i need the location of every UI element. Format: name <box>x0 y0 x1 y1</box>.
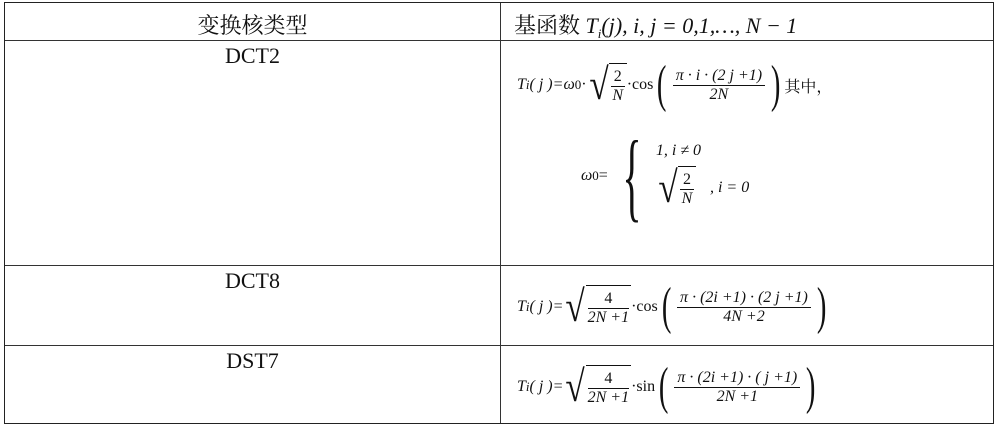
radical-sign-icon: √ <box>658 166 677 210</box>
case-one: 1, i ≠ 0 <box>656 142 749 160</box>
case-two-condition: , i = 0 <box>710 179 749 197</box>
radical-sign-icon: √ <box>566 365 585 409</box>
function-name: cos <box>632 76 653 94</box>
omega-symbol: ω <box>563 76 574 94</box>
sqrt-expression: √2N <box>656 166 696 210</box>
sqrt-expression: √42N +1 <box>563 285 631 329</box>
lhs-args: ( j )= <box>530 378 564 396</box>
header-T-symbol: T <box>586 13 598 38</box>
sqrt-denominator: 2N +1 <box>588 389 629 407</box>
argument-fraction: π · (2i +1) · ( j +1)2N +1 <box>674 369 800 405</box>
T-symbol: T <box>517 76 526 94</box>
header-divider <box>5 40 993 41</box>
sqrt-numerator: 2 <box>611 68 625 87</box>
radical-sign-icon: √ <box>589 63 608 107</box>
function-name: sin <box>636 378 655 396</box>
argument-denominator: 4N +2 <box>677 308 811 326</box>
sqrt-denominator: N <box>680 190 694 208</box>
lhs-args: ( j )= <box>530 298 564 316</box>
right-paren-icon: ) <box>806 361 816 413</box>
sqrt-numerator: 4 <box>588 290 629 309</box>
left-paren-icon: ( <box>657 59 667 111</box>
lhs-args: ( j )= <box>530 76 564 94</box>
row-dct8-type: DCT8 <box>5 268 500 294</box>
header-basis-function: 基函数 Ti(j), i, j = 0,1,…, N − 1 <box>502 9 993 39</box>
radical-sign-icon: √ <box>566 285 585 329</box>
header-kernel-type: 变换核类型 <box>5 9 500 39</box>
dct8-formula: Ti( j )= √42N +1 · cos ( π · (2i +1) · (… <box>517 275 830 339</box>
case-two: √2N , i = 0 <box>656 166 749 210</box>
kernel-type-label: DCT8 <box>225 268 280 293</box>
argument-fraction: π · i · (2 j +1)2N <box>673 67 765 103</box>
sqrt-denominator: N <box>611 87 625 105</box>
right-paren-icon: ) <box>817 281 827 333</box>
argument-numerator: π · (2i +1) · ( j +1) <box>674 369 800 388</box>
argument-fraction: π · (2i +1) · (2 j +1)4N +2 <box>677 289 811 325</box>
row-dct2-type: DCT2 <box>5 43 500 69</box>
kernel-type-label: DCT2 <box>225 43 280 68</box>
T-symbol: T <box>517 298 526 316</box>
omega-symbol: ω <box>581 167 592 185</box>
row-divider-2 <box>5 345 993 346</box>
equals-sign: = <box>599 167 608 185</box>
argument-numerator: π · i · (2 j +1) <box>673 67 765 86</box>
argument-denominator: 2N +1 <box>674 388 800 406</box>
row-dst7-type: DST7 <box>5 348 500 374</box>
left-paren-icon: ( <box>659 361 669 413</box>
sqrt-denominator: 2N +1 <box>588 309 629 327</box>
formula-suffix: 其中， <box>784 74 832 97</box>
function-name: cos <box>636 298 657 316</box>
transform-kernel-table: 变换核类型 基函数 Ti(j), i, j = 0,1,…, N − 1 DCT… <box>4 2 994 424</box>
dst7-formula: Ti( j )= √42N +1 · sin ( π · (2i +1) · (… <box>517 355 820 419</box>
kernel-type-label: DST7 <box>226 348 279 373</box>
header-basis-range: (j), i, j = 0,1,…, N − 1 <box>601 13 797 38</box>
sqrt-numerator: 2 <box>680 171 694 190</box>
omega-definition: ω0= { 1, i ≠ 0 √2N , i = 0 <box>581 121 749 231</box>
right-paren-icon: ) <box>771 59 781 111</box>
header-kernel-type-label: 变换核类型 <box>197 13 307 38</box>
row-divider-1 <box>5 265 993 266</box>
left-brace-icon: { <box>622 126 641 226</box>
argument-denominator: 2N <box>673 86 765 104</box>
sqrt-expression: √42N +1 <box>563 365 631 409</box>
column-divider <box>500 3 501 423</box>
header-basis-label: 基函数 <box>514 13 586 38</box>
dct2-formula: Ti( j )= ω0 · √2N · cos ( π · i · (2 j +… <box>517 53 832 117</box>
sqrt-numerator: 4 <box>588 370 629 389</box>
left-paren-icon: ( <box>662 281 672 333</box>
T-symbol: T <box>517 378 526 396</box>
piecewise-cases: 1, i ≠ 0 √2N , i = 0 <box>656 142 749 210</box>
sqrt-expression: √2N <box>587 63 627 107</box>
argument-numerator: π · (2i +1) · (2 j +1) <box>677 289 811 308</box>
